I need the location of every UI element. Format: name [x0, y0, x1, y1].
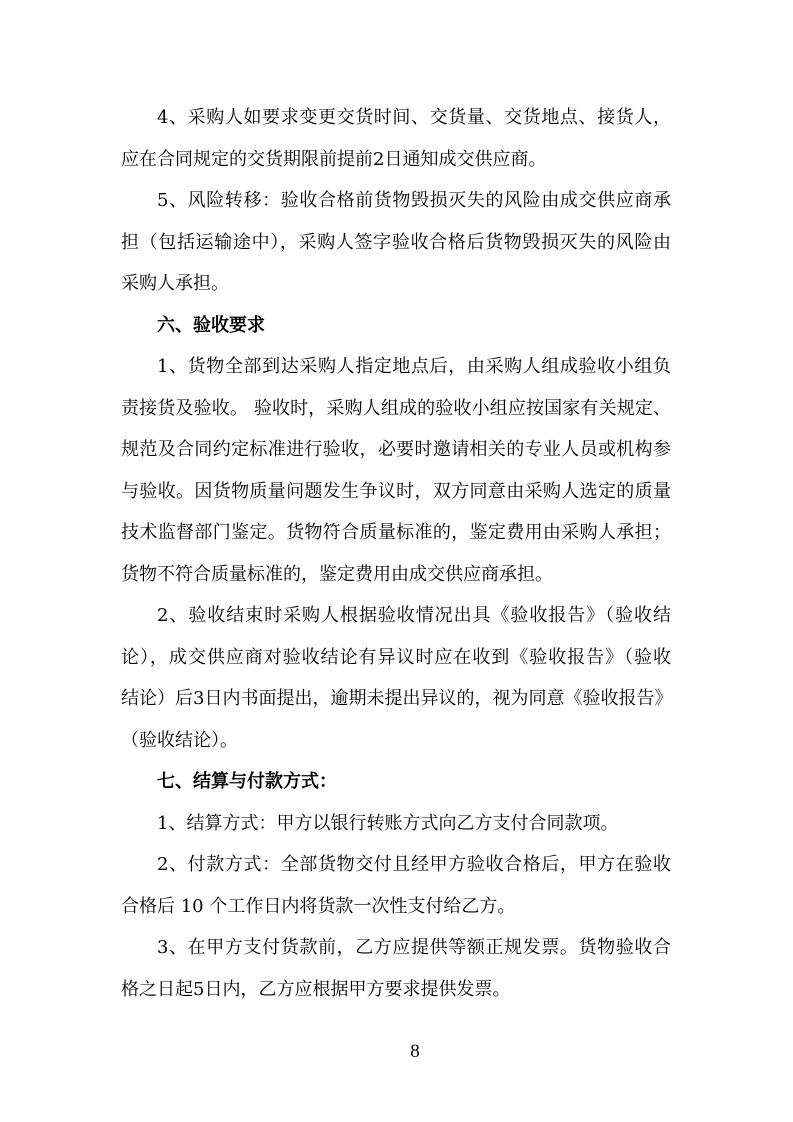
document-page: 4、采购人如要求变更交货时间、交货量、交货地点、接货人， 应在合同规定的交货期限…	[0, 0, 793, 1122]
paragraph-line: 合格后 10 个工作日内将货款一次性支付给乙方。	[121, 886, 671, 928]
paragraph-line: 3、在甲方支付货款前，乙方应提供等额正规发票。货物验收合	[121, 927, 671, 969]
section-heading-payment: 七、结算与付款方式：	[121, 761, 671, 803]
paragraph-line: 结论）后3日内书面提出，逾期未提出异议的，视为同意《验收报告》	[121, 678, 671, 720]
paragraph-line: （验收结论）。	[121, 720, 671, 762]
paragraph-line: 与验收。因货物质量问题发生争议时，双方同意由采购人选定的质量	[121, 471, 671, 513]
paragraph-line: 1、货物全部到达采购人指定地点后，由采购人组成验收小组负	[121, 346, 671, 388]
paragraph-line: 4、采购人如要求变更交货时间、交货量、交货地点、接货人，	[121, 97, 671, 139]
paragraph-line: 1、结算方式：甲方以银行转账方式向乙方支付合同款项。	[121, 803, 671, 845]
paragraph-line: 采购人承担。	[121, 263, 671, 305]
document-body: 4、采购人如要求变更交货时间、交货量、交货地点、接货人， 应在合同规定的交货期限…	[121, 97, 671, 1010]
paragraph-line: 担（包括运输途中），采购人签字验收合格后货物毁损灭失的风险由	[121, 222, 671, 264]
page-number: 8	[400, 1040, 430, 1064]
paragraph-line: 技术监督部门鉴定。货物符合质量标准的，鉴定费用由采购人承担；	[121, 512, 671, 554]
paragraph-line: 应在合同规定的交货期限前提前2日通知成交供应商。	[121, 139, 671, 181]
paragraph-line: 论），成交供应商对验收结论有异议时应在收到《验收报告》（验收	[121, 637, 671, 679]
paragraph-line: 规范及合同约定标准进行验收，必要时邀请相关的专业人员或机构参	[121, 429, 671, 471]
paragraph-line: 货物不符合质量标准的，鉴定费用由成交供应商承担。	[121, 554, 671, 596]
paragraph-line: 格之日起5日内，乙方应根据甲方要求提供发票。	[121, 969, 671, 1011]
paragraph-line: 2、付款方式：全部货物交付且经甲方验收合格后，甲方在验收	[121, 844, 671, 886]
paragraph-line: 2、验收结束时采购人根据验收情况出具《验收报告》（验收结	[121, 595, 671, 637]
section-heading-acceptance: 六、验收要求	[121, 305, 671, 347]
paragraph-line: 责接货及验收。 验收时，采购人组成的验收小组应按国家有关规定、	[121, 388, 671, 430]
paragraph-line: 5、风险转移：验收合格前货物毁损灭失的风险由成交供应商承	[121, 180, 671, 222]
